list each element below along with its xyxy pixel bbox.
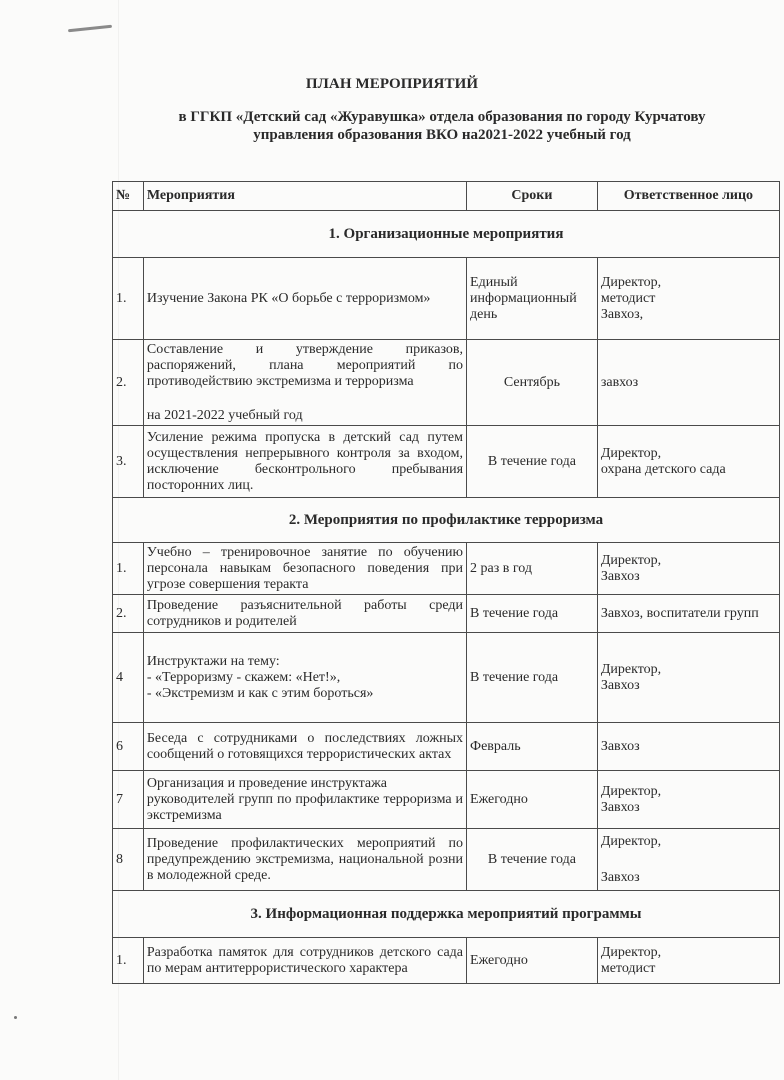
activity-line: Проведение разъяснительной работы среди … <box>147 598 463 630</box>
row-activity: Составление и утверждение приказов, расп… <box>143 340 466 426</box>
row-activity: Проведение профилактических мероприятий … <box>143 829 466 891</box>
row-activity: Инструктажи на тему: - «Терроризму - ска… <box>143 633 466 723</box>
scan-dot <box>14 1016 17 1019</box>
responsible-line: методист <box>601 291 776 307</box>
row-number: 8 <box>113 829 144 891</box>
activity-line: Разработка памяток для сотрудников детск… <box>147 945 463 977</box>
activity-line: Изучение Закона РК «О борьбе с терроризм… <box>147 291 463 307</box>
responsible-line: Директор, <box>601 662 776 678</box>
section-row: 2. Мероприятия по профилактике терроризм… <box>113 498 780 543</box>
row-term: В течение года <box>467 595 598 633</box>
row-term: Ежегодно <box>467 771 598 829</box>
activity-line: - «Терроризму - скажем: «Нет!», <box>147 670 463 686</box>
table-row: 1.Изучение Закона РК «О борьбе с террори… <box>113 258 780 340</box>
responsible-line: завхоз <box>601 375 776 391</box>
table-row: 4Инструктажи на тему: - «Терроризму - ск… <box>113 633 780 723</box>
row-term: В течение года <box>467 426 598 498</box>
table-row: 3.Усиление режима пропуска в детский сад… <box>113 426 780 498</box>
responsible-line: охрана детского сада <box>601 462 776 478</box>
section-title: 1. Организационные мероприятия <box>113 211 780 258</box>
section-row: 1. Организационные мероприятия <box>113 211 780 258</box>
responsible-line: Завхоз <box>601 800 776 816</box>
subtitle-line-1: в ГГКП «Детский сад «Журавушка» отдела о… <box>100 108 784 126</box>
table-row: 8Проведение профилактических мероприятий… <box>113 829 780 891</box>
responsible-line: Директор, <box>601 553 776 569</box>
row-activity: Проведение разъяснительной работы среди … <box>143 595 466 633</box>
activity-line: Инструктажи на тему: <box>147 654 463 670</box>
table-row: 2.Проведение разъяснительной работы сред… <box>113 595 780 633</box>
responsible-line: методист <box>601 961 776 977</box>
row-responsible: Директор,методист <box>597 938 779 984</box>
table-row: 1.Учебно – тренировочное занятие по обуч… <box>113 543 780 595</box>
row-responsible: Завхоз <box>597 723 779 771</box>
table-row: 1.Разработка памяток для сотрудников дет… <box>113 938 780 984</box>
line-spacer <box>147 390 463 408</box>
responsible-line: Завхоз, воспитатели групп <box>601 606 776 622</box>
row-responsible: Директор,Завхоз <box>597 633 779 723</box>
line-spacer <box>601 850 776 870</box>
row-responsible: Директор,Завхоз <box>597 771 779 829</box>
activity-line: Проведение профилактических мероприятий … <box>147 836 463 884</box>
row-term: Единый информационный день <box>467 258 598 340</box>
subtitle-line-2: управления образования ВКО на2021-2022 у… <box>100 126 784 144</box>
table-row: 7Организация и проведение инструктажа ру… <box>113 771 780 829</box>
row-activity: Организация и проведение инструктажа рук… <box>143 771 466 829</box>
responsible-line: Директор, <box>601 834 776 850</box>
row-term: Ежегодно <box>467 938 598 984</box>
document-subtitle: в ГГКП «Детский сад «Журавушка» отдела о… <box>100 108 784 144</box>
row-number: 3. <box>113 426 144 498</box>
row-activity: Беседа с сотрудниками о последствиях лож… <box>143 723 466 771</box>
responsible-line: Завхоз <box>601 569 776 585</box>
activity-line: Учебно – тренировочное занятие по обучен… <box>147 545 463 593</box>
row-responsible: Директор,методистЗавхоз, <box>597 258 779 340</box>
table-row: 2.Составление и утверждение приказов, ра… <box>113 340 780 426</box>
responsible-line: Завхоз <box>601 739 776 755</box>
responsible-line: Директор, <box>601 275 776 291</box>
activity-line: на 2021-2022 учебный год <box>147 408 463 424</box>
document-title: ПЛАН МЕРОПРИЯТИЙ <box>0 76 784 93</box>
responsible-line: Завхоз <box>601 678 776 694</box>
pen-mark <box>68 25 112 33</box>
activity-line: - «Экстремизм и как с этим бороться» <box>147 686 463 702</box>
row-term: В течение года <box>467 829 598 891</box>
responsible-line: Завхоз <box>601 870 776 886</box>
row-number: 7 <box>113 771 144 829</box>
row-activity: Усиление режима пропуска в детский сад п… <box>143 426 466 498</box>
responsible-line: Директор, <box>601 446 776 462</box>
row-responsible: завхоз <box>597 340 779 426</box>
row-activity: Разработка памяток для сотрудников детск… <box>143 938 466 984</box>
row-term: 2 раз в год <box>467 543 598 595</box>
plan-table: № Мероприятия Сроки Ответственное лицо 1… <box>112 181 780 984</box>
section-row: 3. Информационная поддержка мероприятий … <box>113 891 780 938</box>
row-number: 1. <box>113 938 144 984</box>
row-number: 6 <box>113 723 144 771</box>
header-activity: Мероприятия <box>143 182 466 211</box>
row-number: 1. <box>113 258 144 340</box>
header-term: Сроки <box>467 182 598 211</box>
plan-table-body: 1. Организационные мероприятия1.Изучение… <box>113 211 780 984</box>
activity-line: Составление и утверждение приказов, расп… <box>147 342 463 390</box>
header-num: № <box>113 182 144 211</box>
row-number: 2. <box>113 340 144 426</box>
table-header-row: № Мероприятия Сроки Ответственное лицо <box>113 182 780 211</box>
table-row: 6Беседа с сотрудниками о последствиях ло… <box>113 723 780 771</box>
row-number: 2. <box>113 595 144 633</box>
row-number: 4 <box>113 633 144 723</box>
responsible-line: Завхоз, <box>601 307 776 323</box>
row-responsible: Директор,Завхоз <box>597 543 779 595</box>
row-number: 1. <box>113 543 144 595</box>
header-responsible: Ответственное лицо <box>597 182 779 211</box>
responsible-line: Директор, <box>601 784 776 800</box>
row-activity: Изучение Закона РК «О борьбе с терроризм… <box>143 258 466 340</box>
activity-line: Беседа с сотрудниками о последствиях лож… <box>147 731 463 763</box>
section-title: 2. Мероприятия по профилактике терроризм… <box>113 498 780 543</box>
activity-line: Организация и проведение инструктажа <box>147 776 463 792</box>
row-responsible: Директор,Завхоз <box>597 829 779 891</box>
row-activity: Учебно – тренировочное занятие по обучен… <box>143 543 466 595</box>
row-term: Сентябрь <box>467 340 598 426</box>
responsible-line: Директор, <box>601 945 776 961</box>
row-responsible: Директор,охрана детского сада <box>597 426 779 498</box>
activity-line: руководителей групп по профилактике терр… <box>147 792 463 824</box>
row-term: В течение года <box>467 633 598 723</box>
row-responsible: Завхоз, воспитатели групп <box>597 595 779 633</box>
row-term: Февраль <box>467 723 598 771</box>
section-title: 3. Информационная поддержка мероприятий … <box>113 891 780 938</box>
activity-line: Усиление режима пропуска в детский сад п… <box>147 430 463 494</box>
